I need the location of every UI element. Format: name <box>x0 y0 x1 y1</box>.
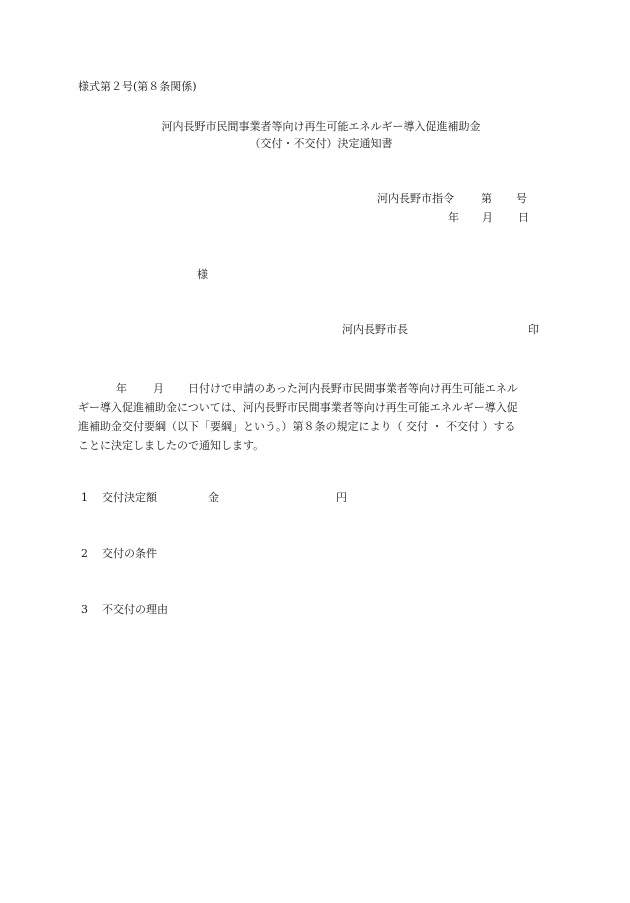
body-line-4: ことに決定しましたので通知します。 <box>78 436 554 455</box>
item-number: 3 <box>81 604 102 615</box>
item-label: 交付の条件 <box>102 547 157 560</box>
seal-mark: 印 <box>528 324 539 335</box>
document-title-line2: （交付・不交付）決定通知書 <box>145 138 497 149</box>
item-label: 不交付の理由 <box>102 603 168 616</box>
body-line1-text: 日付けで申請のあった河内長野市民間事業者等向け再生可能エネル <box>188 379 518 398</box>
signatory-title: 河内長野市長 <box>342 324 408 335</box>
reference-go: 号 <box>516 193 527 204</box>
date-year: 年 <box>448 212 482 223</box>
item-grant-conditions: 2交付の条件 <box>81 548 157 559</box>
body-line-1: 年月日付けで申請のあった河内長野市民間事業者等向け再生可能エネル <box>78 379 554 398</box>
body-year: 年 <box>116 379 153 398</box>
reference-issuer: 河内長野市指令 <box>377 193 481 204</box>
item-rejection-reason: 3不交付の理由 <box>81 604 168 615</box>
item-grant-amount: 1交付決定額 金 円 <box>81 492 157 503</box>
reference-dai: 第 <box>481 193 516 204</box>
addressee-honorific: 様 <box>197 269 208 280</box>
amount-prefix: 金 <box>208 492 219 503</box>
date-day: 日 <box>518 212 529 223</box>
body-line-3: 進補助金交付要綱（以下「要綱」という。）第８条の規定により（ 交付 ・ 不交付 … <box>78 417 554 436</box>
item-number: 2 <box>81 548 102 559</box>
item-label: 交付決定額 <box>102 491 157 504</box>
document-title-line1: 河内長野市民間事業者等向け再生可能エネルギー導入促進補助金 <box>145 121 497 132</box>
form-number: 様式第２号(第８条関係) <box>78 81 197 92</box>
amount-suffix: 円 <box>336 492 347 503</box>
reference-number-row: 河内長野市指令第号 <box>377 193 527 204</box>
body-month: 月 <box>153 379 188 398</box>
reference-date-row: 年月日 <box>377 212 529 223</box>
item-number: 1 <box>81 492 102 503</box>
notification-body: 年月日付けで申請のあった河内長野市民間事業者等向け再生可能エネル ギー導入促進補… <box>78 379 554 455</box>
body-line-2: ギー導入促進補助金については、河内長野市民間事業者等向け再生可能エネルギー導入促 <box>78 398 554 417</box>
date-month: 月 <box>482 212 518 223</box>
